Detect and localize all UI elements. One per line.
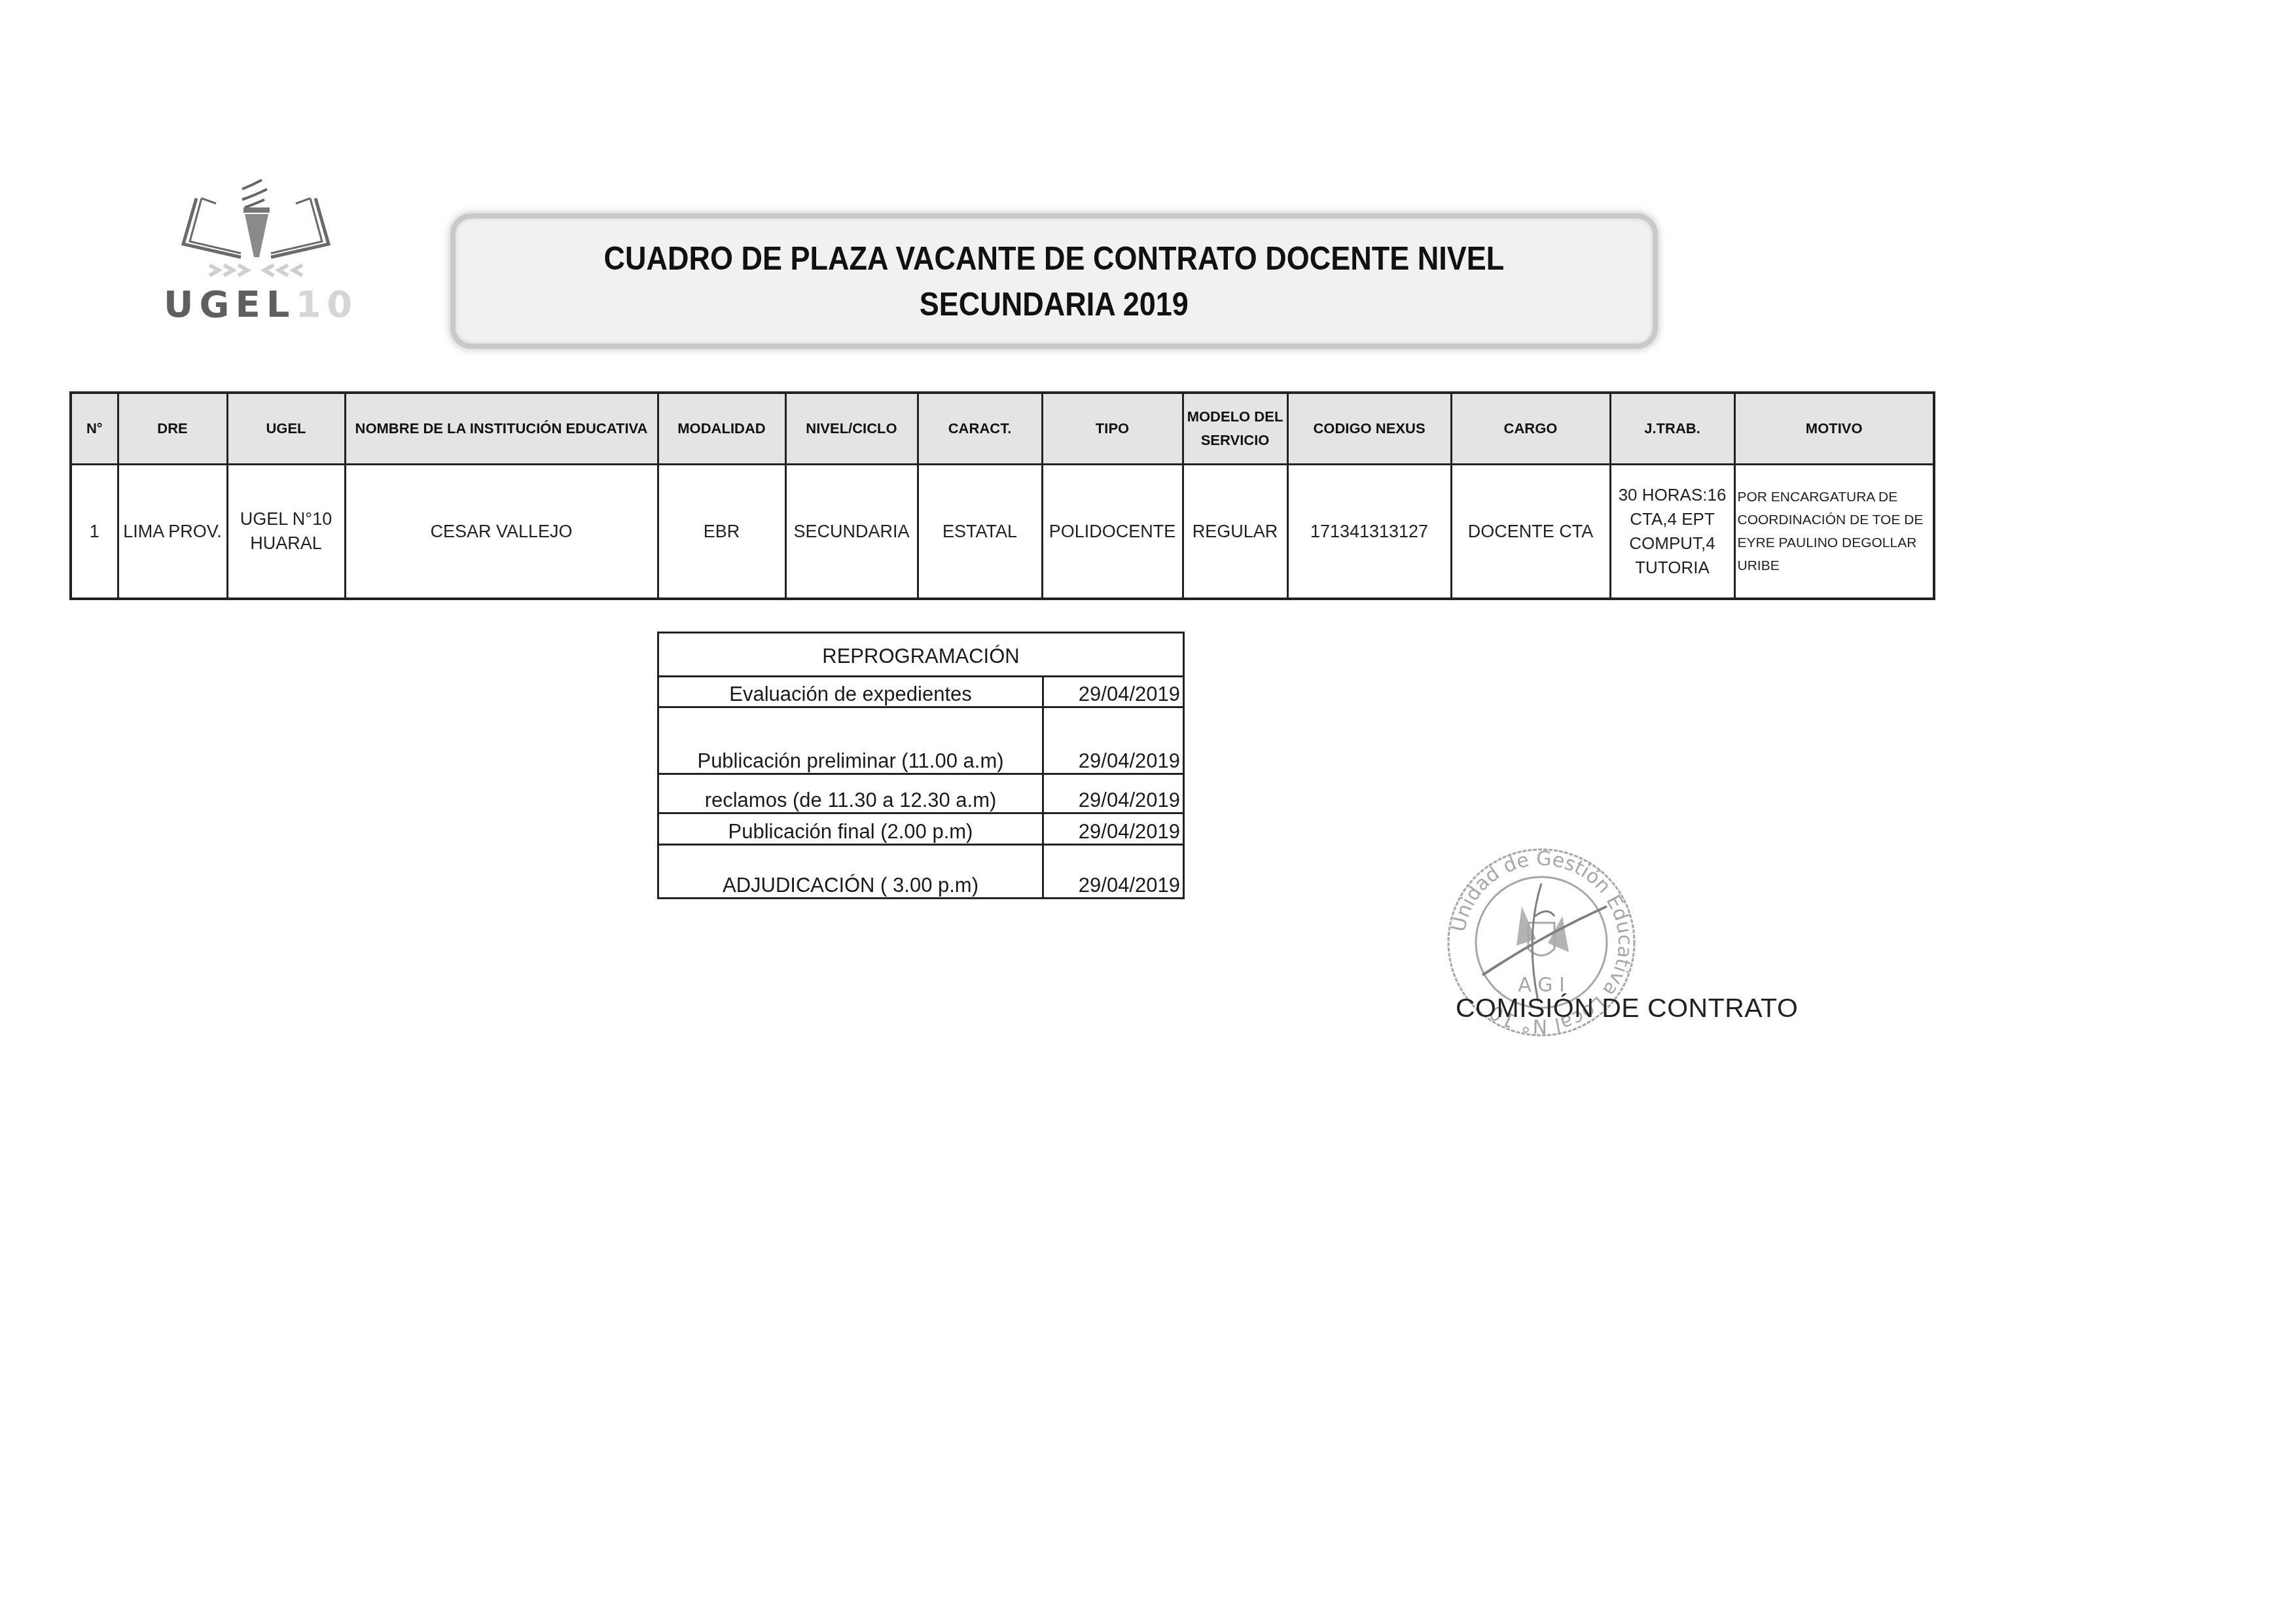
- cell-caract: ESTATAL: [918, 465, 1042, 599]
- logo-wordmark: UGEL10: [164, 283, 347, 326]
- header-modelo: MODELO DEL SERVICIO: [1183, 393, 1287, 465]
- schedule-date: 29/04/2019: [1043, 774, 1184, 813]
- cell-institucion: CESAR VALLEJO: [345, 465, 658, 599]
- table-header-row: N° DRE UGEL NOMBRE DE LA INSTITUCIÓN EDU…: [71, 393, 1934, 465]
- schedule-label: Evaluación de expedientes: [658, 677, 1043, 707]
- vacancy-table: N° DRE UGEL NOMBRE DE LA INSTITUCIÓN EDU…: [69, 391, 1935, 600]
- schedule-label: Publicación preliminar (11.00 a.m): [658, 707, 1043, 774]
- cell-modalidad: EBR: [658, 465, 785, 599]
- cell-ugel: UGEL N°10 HUARAL: [227, 465, 345, 599]
- cell-modelo: REGULAR: [1183, 465, 1287, 599]
- cell-n: 1: [71, 465, 118, 599]
- cell-cargo: DOCENTE CTA: [1451, 465, 1610, 599]
- schedule-row: Evaluación de expedientes 29/04/2019: [658, 677, 1184, 707]
- header-codigo-nexus: CODIGO NEXUS: [1287, 393, 1451, 465]
- header-motivo: MOTIVO: [1734, 393, 1934, 465]
- header-n: N°: [71, 393, 118, 465]
- reprogramacion-title: REPROGRAMACIÓN: [658, 633, 1184, 677]
- header-modalidad: MODALIDAD: [658, 393, 785, 465]
- header-tipo: TIPO: [1042, 393, 1183, 465]
- schedule-row: reclamos (de 11.30 a 12.30 a.m) 29/04/20…: [658, 774, 1184, 813]
- header-institucion: NOMBRE DE LA INSTITUCIÓN EDUCATIVA: [345, 393, 658, 465]
- schedule-date: 29/04/2019: [1043, 845, 1184, 899]
- cell-tipo: POLIDOCENTE: [1042, 465, 1183, 599]
- schedule-row: Publicación preliminar (11.00 a.m) 29/04…: [658, 707, 1184, 774]
- header-cargo: CARGO: [1451, 393, 1610, 465]
- schedule-date: 29/04/2019: [1043, 813, 1184, 845]
- schedule-label: reclamos (de 11.30 a 12.30 a.m): [658, 774, 1043, 813]
- schedule-row: Publicación final (2.00 p.m) 29/04/2019: [658, 813, 1184, 845]
- cell-dre: LIMA PROV.: [118, 465, 227, 599]
- document-title-line-1: CUADRO DE PLAZA VACANTE DE CONTRATO DOCE…: [604, 236, 1505, 281]
- ugel-logo: UGEL10: [164, 167, 347, 344]
- signature-label: COMISIÓN DE CONTRATO: [1456, 993, 1798, 1024]
- document-title-line-2: SECUNDARIA 2019: [920, 281, 1189, 327]
- header-nivel: NIVEL/CICLO: [785, 393, 918, 465]
- reprogramacion-header: REPROGRAMACIÓN: [658, 633, 1184, 677]
- schedule-label: Publicación final (2.00 p.m): [658, 813, 1043, 845]
- header-jtrab: J.TRAB.: [1610, 393, 1734, 465]
- cell-nivel: SECUNDARIA: [785, 465, 918, 599]
- cell-codigo-nexus: 171341313127: [1287, 465, 1451, 599]
- schedule-date: 29/04/2019: [1043, 677, 1184, 707]
- header-ugel: UGEL: [227, 393, 345, 465]
- schedule-date: 29/04/2019: [1043, 707, 1184, 774]
- reprogramacion-table: REPROGRAMACIÓN Evaluación de expedientes…: [657, 632, 1185, 899]
- document-title-box: CUADRO DE PLAZA VACANTE DE CONTRATO DOCE…: [450, 213, 1658, 349]
- header-caract: CARACT.: [918, 393, 1042, 465]
- header-dre: DRE: [118, 393, 227, 465]
- cell-jtrab: 30 HORAS:16 CTA,4 EPT COMPUT,4 TUTORIA: [1610, 465, 1734, 599]
- table-row: 1 LIMA PROV. UGEL N°10 HUARAL CESAR VALL…: [71, 465, 1934, 599]
- schedule-label: ADJUDICACIÓN ( 3.00 p.m): [658, 845, 1043, 899]
- cell-motivo: POR ENCARGATURA DE COORDINACIÓN DE TOE D…: [1734, 465, 1934, 599]
- schedule-row: ADJUDICACIÓN ( 3.00 p.m) 29/04/2019: [658, 845, 1184, 899]
